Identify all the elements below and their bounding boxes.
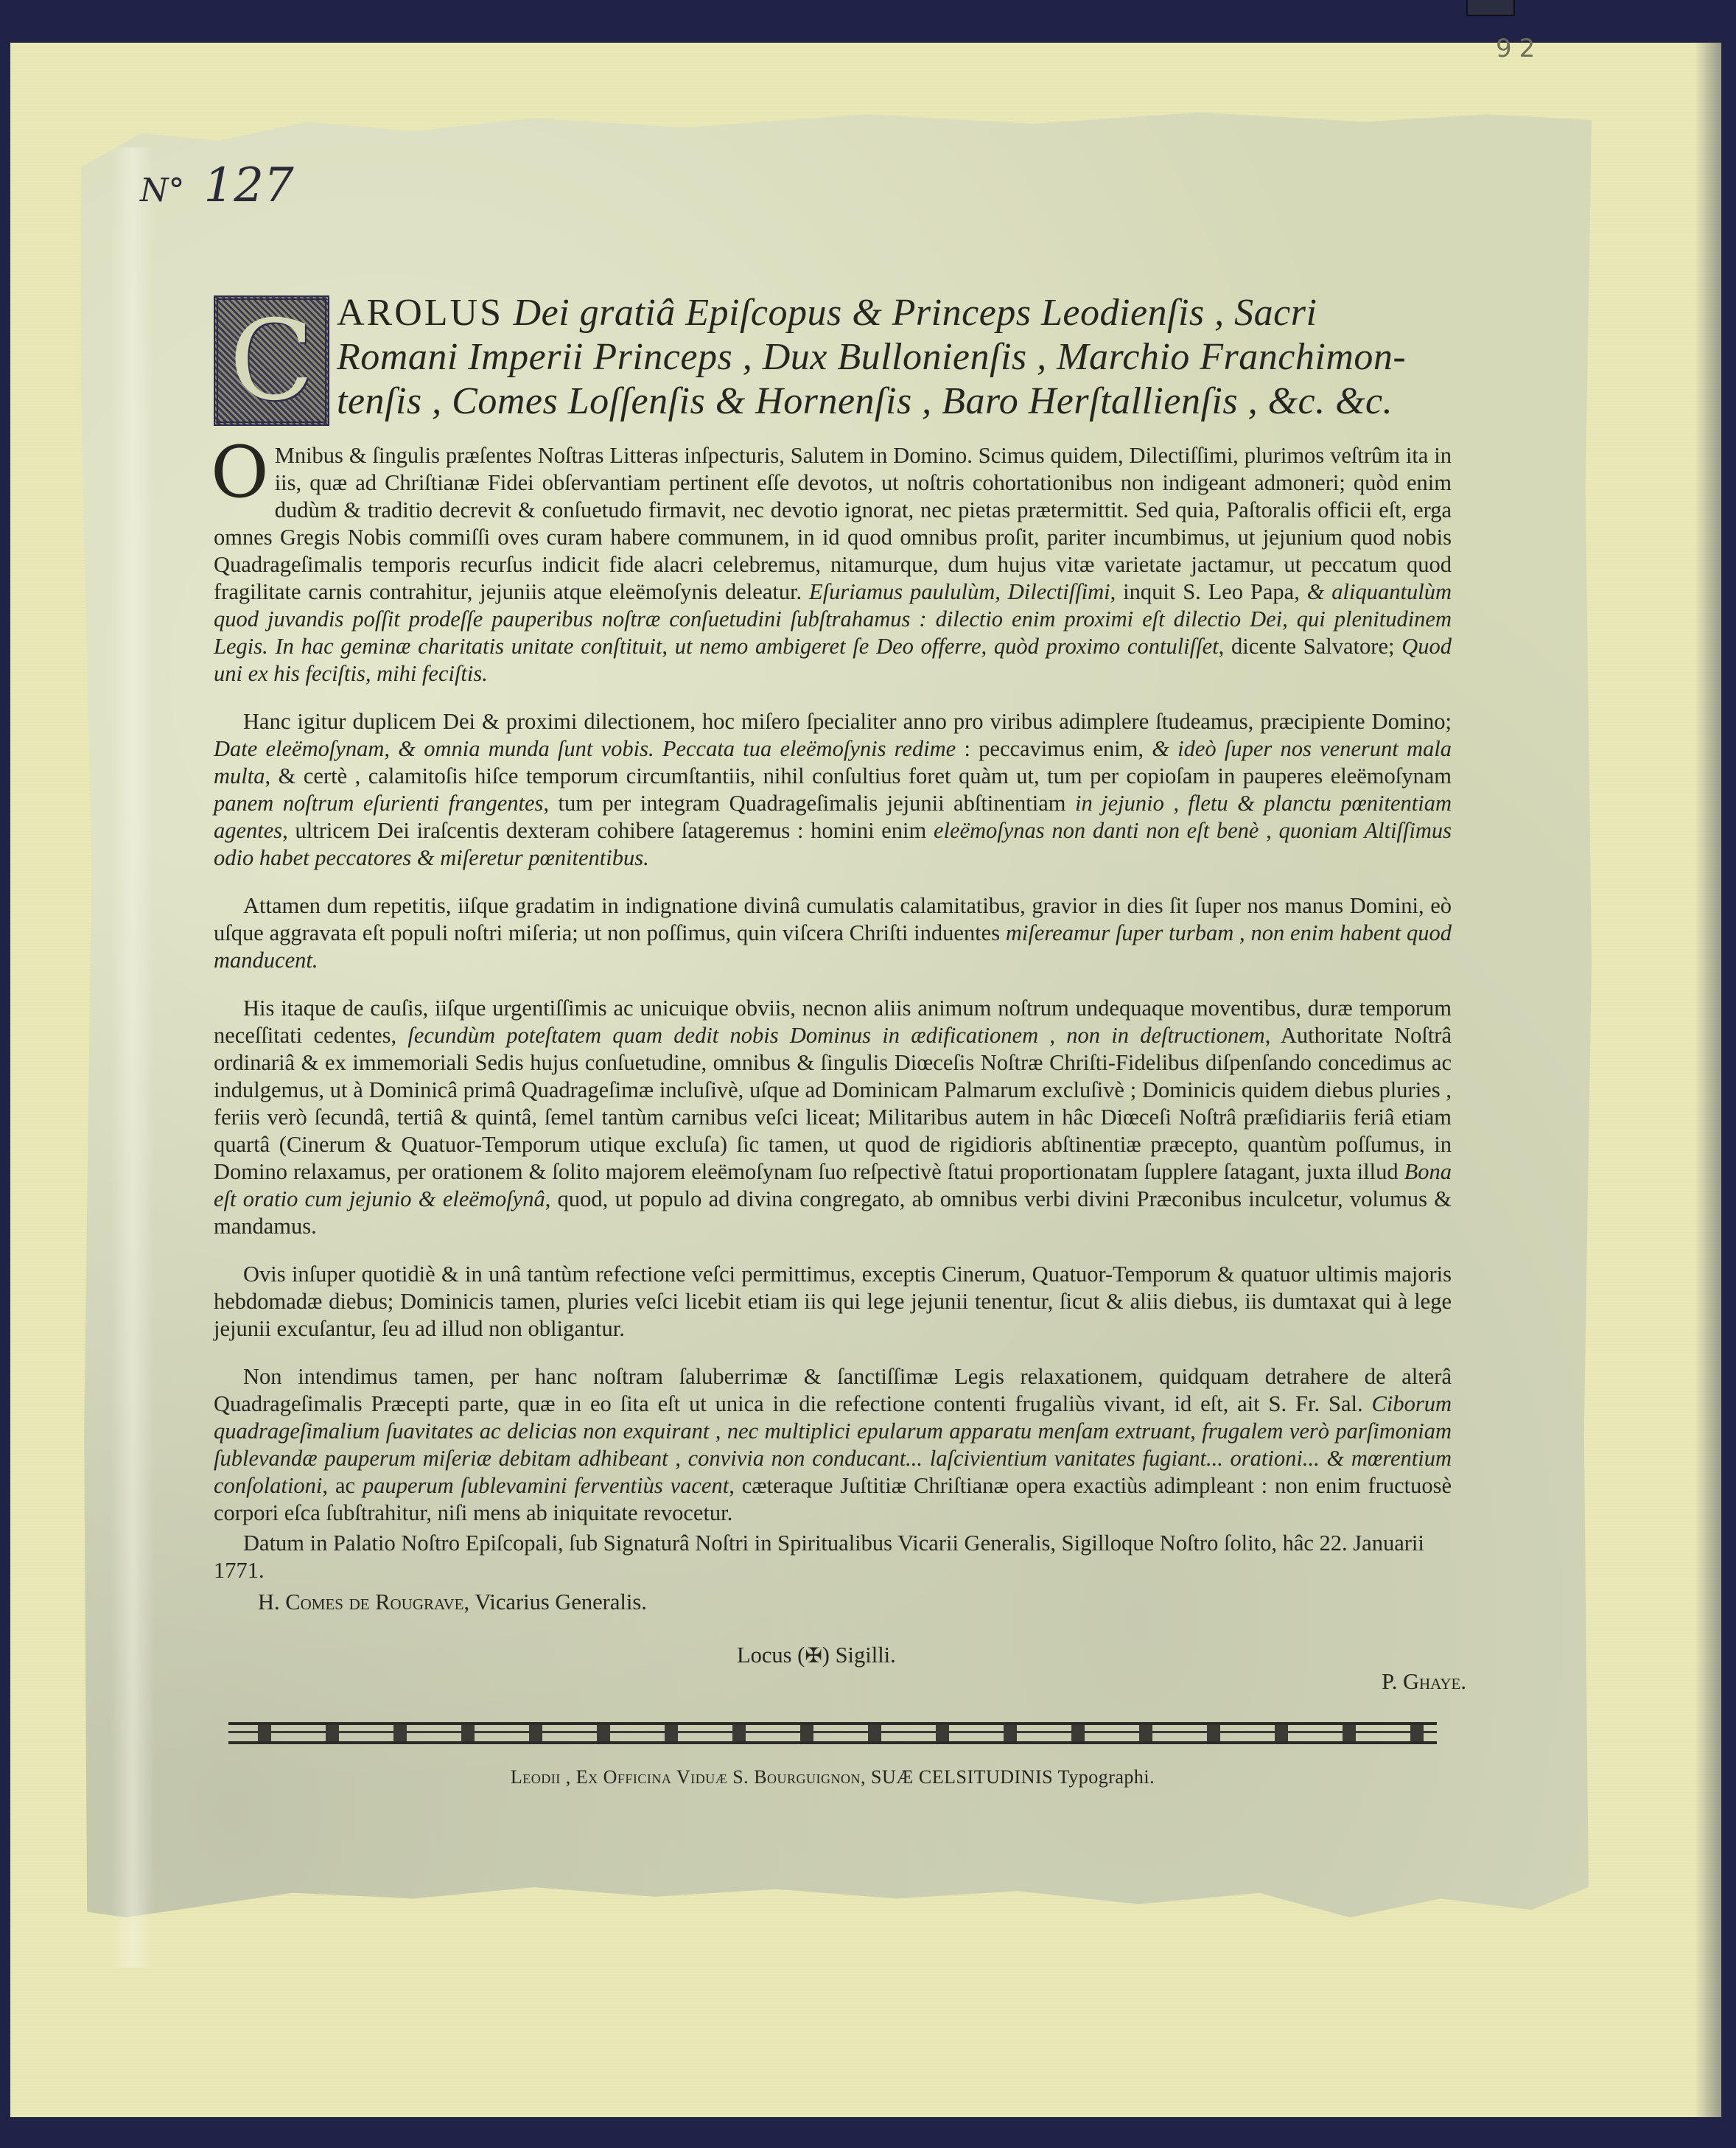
heading-text: AROLUS Dei gratiâ Epiſcopus & Princeps L…	[337, 291, 1406, 424]
text-run: Non intendimus tamen, per hanc noſtram ſ…	[214, 1364, 1452, 1416]
vicar-general-signature: H. Comes de Rougrave, Vicarius Generalis…	[258, 1589, 1452, 1616]
mount-tab	[1466, 0, 1515, 16]
text-run: , dicente Salvatore;	[1219, 634, 1402, 659]
folio-number: 92	[1496, 34, 1542, 63]
quote: panem noſtrum eſurienti frangentes	[214, 791, 543, 816]
seal-row: Locus (✠) Sigilli. P. Ghaye.	[214, 1643, 1452, 1709]
heading-line-1-rest: Dei gratiâ Epiſcopus & Princeps Leodienſ…	[503, 292, 1317, 334]
decree-body: OMnibus & ſingulis præſentes Noſtras Lit…	[214, 442, 1452, 1527]
dropcap: O	[211, 444, 269, 501]
heading-line-2: Romani Imperii Princeps , Dux Bullonienſ…	[337, 335, 1406, 379]
quote: ſecundùm poteſtatem quam dedit nobis Dom…	[407, 1023, 1264, 1048]
text-run: , ac	[322, 1473, 363, 1498]
seal-location: Locus (✠) Sigilli.	[737, 1643, 896, 1668]
imprint-text: Leodii , Ex Officina Viduæ S.	[511, 1766, 754, 1788]
mount-shadow	[1695, 43, 1721, 2117]
heading-line-3: tenſis , Comes Loſſenſis & Hornenſis , B…	[337, 379, 1406, 424]
text-run: Hanc igitur duplicem Dei & proximi dilec…	[243, 709, 1452, 734]
quote: pauperum ſublevamini ferventiùs vacent	[363, 1473, 729, 1498]
paragraph-1: OMnibus & ſingulis præſentes Noſtras Lit…	[214, 442, 1452, 688]
woodcut-initial-icon: C	[214, 295, 329, 426]
accession-prefix: N°	[140, 172, 185, 209]
initial-letter: C	[229, 306, 314, 416]
cross-icon: ✠	[805, 1643, 822, 1668]
vicar-name: H. Comes de Rougrave	[258, 1589, 464, 1615]
locus-text: Locus (	[737, 1643, 805, 1668]
paragraph-4: His itaque de cauſis, iiſque urgentiſſim…	[214, 995, 1452, 1240]
quote: Eſuriamus paululùm, Dilectiſſimi	[809, 579, 1110, 604]
accession-value: 127	[204, 158, 294, 213]
paragraph-2: Hanc igitur duplicem Dei & proximi dilec…	[214, 708, 1452, 872]
dating-clause: Datum in Palatio Noſtro Epiſcopali, ſub …	[214, 1530, 1452, 1584]
vicar-title: , Vicarius Generalis.	[464, 1589, 647, 1615]
decree-heading: C AROLUS Dei gratiâ Epiſcopus & Princeps…	[214, 291, 1452, 426]
heading-line-1: AROLUS Dei gratiâ Epiſcopus & Princeps L…	[337, 291, 1406, 335]
repair-tape	[111, 147, 155, 1967]
ornamental-rule	[228, 1722, 1437, 1744]
paragraph-3: Attamen dum repetitis, iiſque gradatim i…	[214, 892, 1452, 974]
secretary-signature: P. Ghaye.	[1382, 1669, 1466, 1695]
decree-content: C AROLUS Dei gratiâ Epiſcopus & Princeps…	[214, 291, 1452, 1788]
imprint-text: , SUÆ CELSITUDINIS Typographi.	[861, 1766, 1155, 1788]
paragraph-6: Non intendimus tamen, per hanc noſtram ſ…	[214, 1363, 1452, 1527]
text-run: , ultricem Dei iraſcentis dexteram cohib…	[282, 818, 934, 843]
text-run: , & certè , calamitoſis hiſce temporum c…	[265, 763, 1452, 788]
heading-name: AROLUS	[337, 292, 503, 334]
printer-imprint: Leodii , Ex Officina Viduæ S. Bourguigno…	[214, 1766, 1452, 1788]
quote: Date eleëmoſynam, & omnia munda ſunt vob…	[214, 736, 956, 761]
text-run: : peccavimus enim,	[956, 736, 1152, 761]
printer-name: Bourguignon	[754, 1766, 861, 1788]
accession-number: N°127	[140, 158, 294, 213]
paragraph-5: Ovis inſuper quotidiè & in unâ tantùm re…	[214, 1261, 1452, 1343]
text-run: , tum per integram Quadrageſimalis jejun…	[543, 791, 1075, 816]
sigilli-text: ) Sigilli.	[822, 1643, 896, 1668]
text-run: , inquit S. Leo Papa,	[1110, 579, 1307, 604]
